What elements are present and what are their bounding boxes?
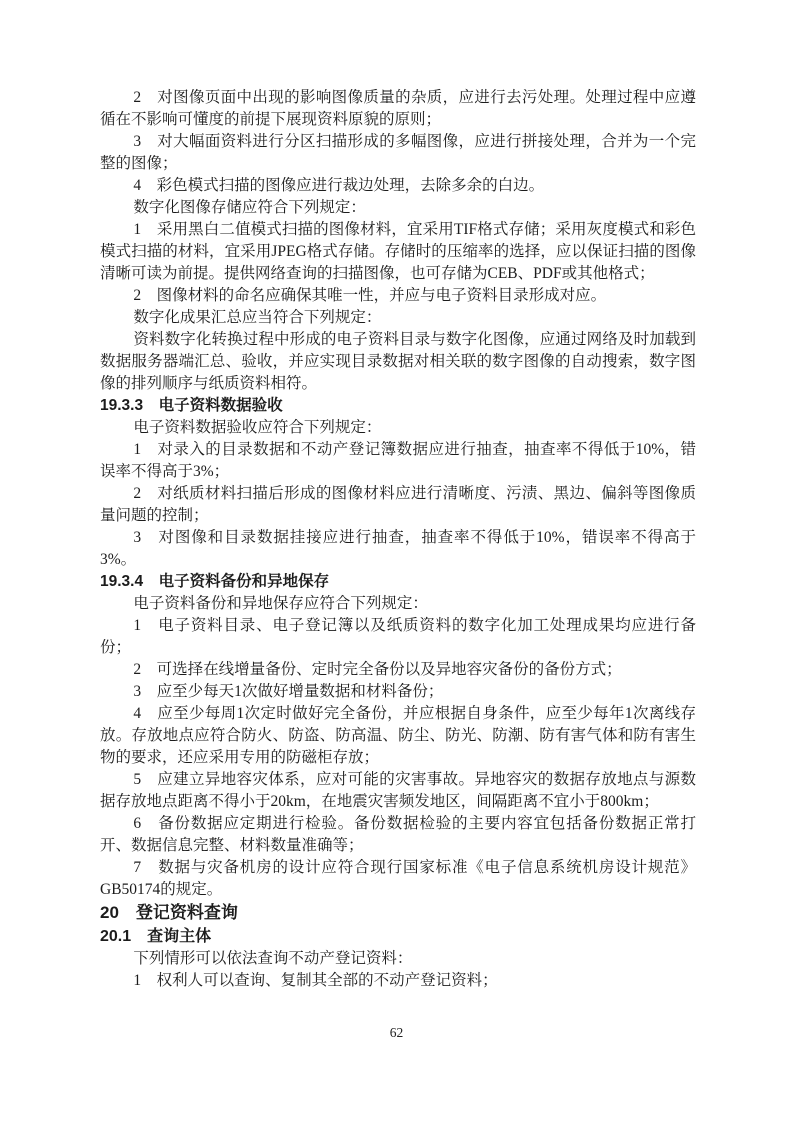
paragraph: 4 应至少每周1次定时做好完全备份，并应根据自身条件，应至少每年1次离线存放。存… — [100, 703, 696, 769]
paragraph: 3 应至少每天1次做好增量数据和材料备份； — [100, 681, 696, 703]
paragraph: 1 采用黑白二值模式扫描的图像材料，宜采用TIF格式存储；采用灰度模式和彩色模式… — [100, 219, 696, 285]
paragraph: 2 对图像页面中出现的影响图像质量的杂质，应进行去污处理。处理过程中应遵循在不影… — [100, 87, 696, 131]
section-heading: 20 登记资料查询 — [100, 901, 696, 925]
document-content: 2 对图像页面中出现的影响图像质量的杂质，应进行去污处理。处理过程中应遵循在不影… — [100, 0, 696, 992]
paragraph: 下列情形可以依法查询不动产登记资料： — [100, 948, 696, 970]
paragraph: 2 图像材料的命名应确保其唯一性，并应与电子资料目录形成对应。 — [100, 285, 696, 307]
section-heading: 20.1 查询主体 — [100, 925, 696, 948]
paragraph: 1 权利人可以查询、复制其全部的不动产登记资料； — [100, 970, 696, 992]
paragraph: 2 可选择在线增量备份、定时完全备份以及异地容灾备份的备份方式； — [100, 659, 696, 681]
paragraph: 1 对录入的目录数据和不动产登记簿数据应进行抽查，抽查率不得低于10%，错误率不… — [100, 439, 696, 483]
paragraph: 4 彩色模式扫描的图像应进行裁边处理，去除多余的白边。 — [100, 175, 696, 197]
document-page: 2 对图像页面中出现的影响图像质量的杂质，应进行去污处理。处理过程中应遵循在不影… — [0, 0, 793, 1122]
paragraph: 3 对大幅面资料进行分区扫描形成的多幅图像，应进行拼接处理，合并为一个完整的图像… — [100, 131, 696, 175]
paragraph: 3 对图像和目录数据挂接应进行抽查，抽查率不得低于10%，错误率不得高于3%。 — [100, 527, 696, 571]
paragraph: 5 应建立异地容灾体系，应对可能的灾害事故。异地容灾的数据存放地点与源数据存放地… — [100, 769, 696, 813]
paragraph: 数字化图像存储应符合下列规定： — [100, 197, 696, 219]
paragraph: 电子资料数据验收应符合下列规定： — [100, 417, 696, 439]
paragraph: 2 对纸质材料扫描后形成的图像材料应进行清晰度、污渍、黑边、偏斜等图像质量问题的… — [100, 483, 696, 527]
paragraph: 数字化成果汇总应当符合下列规定： — [100, 307, 696, 329]
paragraph: 1 电子资料目录、电子登记簿以及纸质资料的数字化加工处理成果均应进行备份； — [100, 615, 696, 659]
section-heading: 19.3.3 电子资料数据验收 — [100, 395, 696, 417]
paragraph: 资料数字化转换过程中形成的电子资料目录与数字化图像，应通过网络及时加载到数据服务… — [100, 329, 696, 395]
paragraph: 7 数据与灾备机房的设计应符合现行国家标准《电子信息系统机房设计规范》GB501… — [100, 857, 696, 901]
paragraph: 6 备份数据应定期进行检验。备份数据检验的主要内容宜包括备份数据正常打开、数据信… — [100, 813, 696, 857]
paragraph: 电子资料备份和异地保存应符合下列规定： — [100, 593, 696, 615]
page-number: 62 — [0, 1025, 793, 1041]
section-heading: 19.3.4 电子资料备份和异地保存 — [100, 571, 696, 593]
